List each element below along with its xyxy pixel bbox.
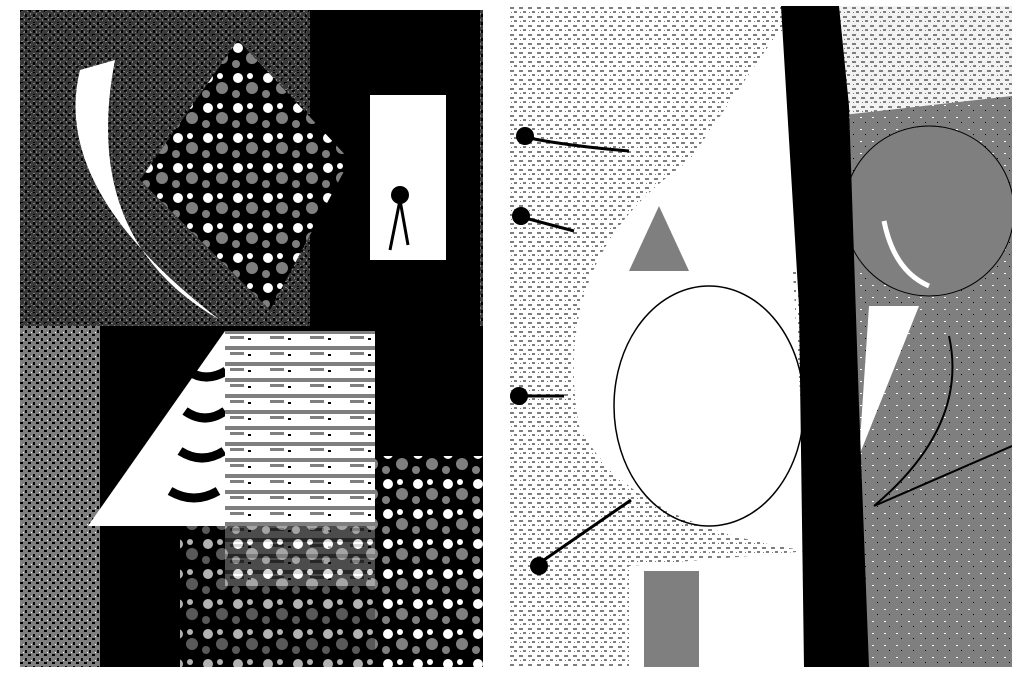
left-artwork-lower <box>20 326 483 667</box>
right-artwork-canvas <box>509 6 1012 667</box>
left-artwork-canvas <box>20 10 483 326</box>
